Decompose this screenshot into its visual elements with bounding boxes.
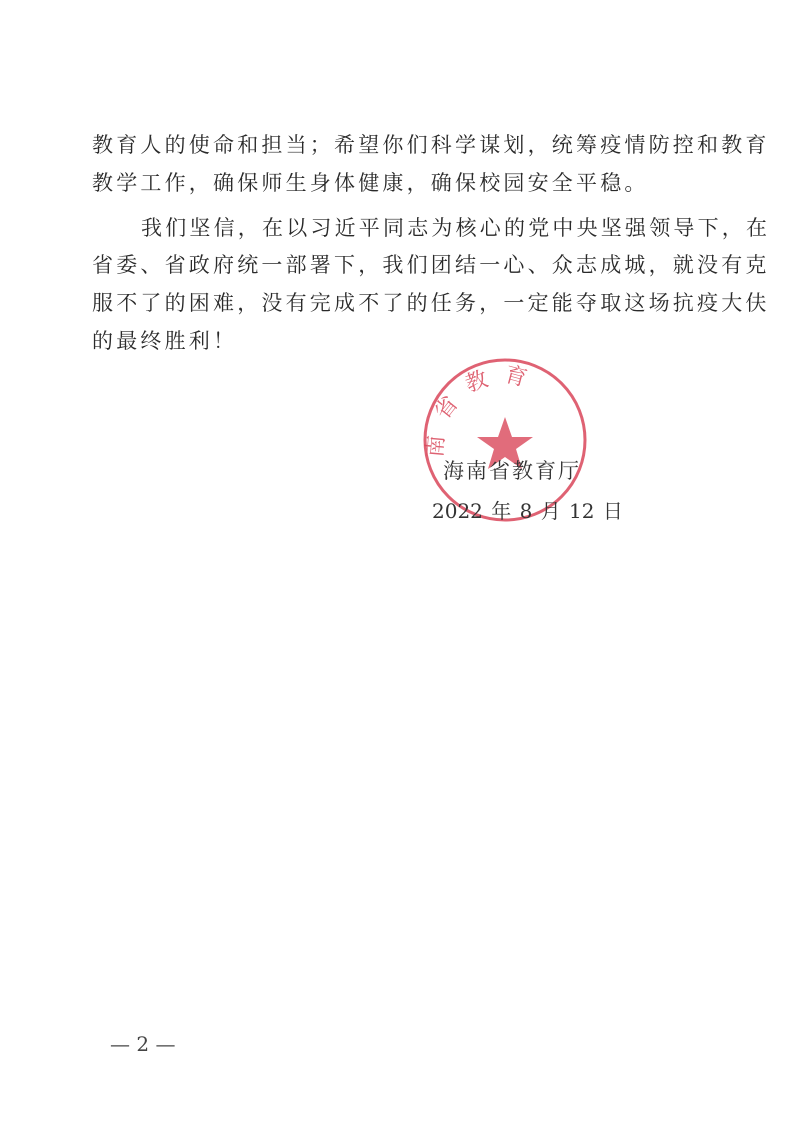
svg-text:南省教育: 南省教育 <box>423 362 543 458</box>
page-number: — 2 — <box>110 1032 175 1056</box>
paragraph-2-line-3: 服不了的困难，没有完成不了的任务，一定能夺取这场抗疫大伕 <box>92 291 770 315</box>
paragraph-2-line-4: 的最终胜利！ <box>92 329 237 353</box>
paragraph-2-line-2: 省委、省政府统一部署下，我们团结一心、众志成城，就没有克 <box>92 253 770 277</box>
paragraph-2-line-1: 我们坚信，在以习近平同志为核心的党中央坚强领导下，在 <box>141 216 770 240</box>
paragraph-1-line-1: 教育人的使命和担当；希望你们科学谋划，统筹疫情防控和教育 <box>92 133 770 157</box>
signature-organization: 海南省教育厅 <box>443 455 581 485</box>
signature-date: 2022 年 8 月 12 日 <box>432 495 623 524</box>
paragraph-1-line-2: 教学工作，确保师生身体健康，确保校园安全平稳。 <box>92 171 649 195</box>
